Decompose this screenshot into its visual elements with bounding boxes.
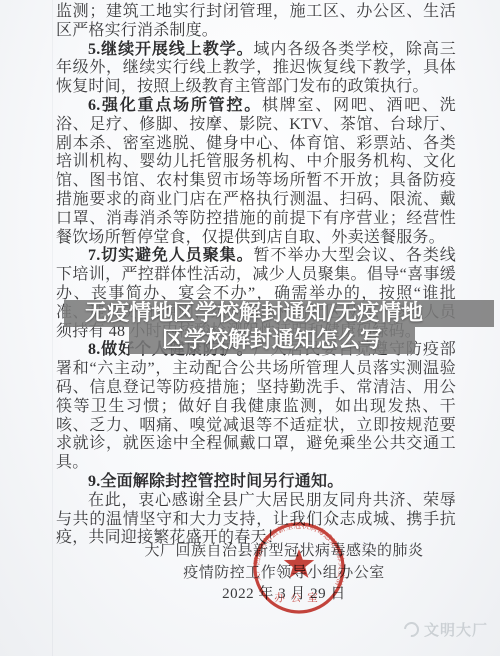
paragraph-item-6: 6.强化重点场所管控。棋牌室、网吧、酒吧、洗浴、足疗、修脚、按摩、影院、KTV、… <box>56 97 456 247</box>
watermark: 文明大厂 <box>404 619 488 640</box>
paragraph-text: 监测；建筑工地实行封闭管理，施工区、办公区、生活区严格实行消杀制度。 <box>56 3 456 39</box>
seal-star-icon <box>284 549 314 578</box>
paragraph-text: 棋牌室、网吧、酒吧、洗浴、足疗、修脚、按摩、影院、KTV、茶馆、台球厅、剧本杀、… <box>56 97 456 246</box>
paragraph-item-5: 5.继续开展线上教学。域内各级各类学校，除高三年级外，继续实行线上教学，推迟恢复… <box>56 41 456 97</box>
paragraph-text: 广大居民要自觉遵守防疫部署和“六主动”，主动配合公共场所管理人员落实测温验码、信… <box>56 341 456 471</box>
official-seal-stamp: 大厂回族自治县新型冠状病毒感染的肺炎疫情防控工作领导小组 办公室 <box>237 506 361 630</box>
watermark-text: 文明大厂 <box>424 619 488 640</box>
paragraph-lead: 7.切实避免人员聚集。 <box>88 247 254 264</box>
subtitle-overlay: 无疫情地区学校解封通知/无疫情地 区学校解封通知怎么写 <box>0 300 500 356</box>
subtitle-line-2: 区学校解封通知怎么写 <box>129 327 415 354</box>
notice-body: 监测；建筑工地实行封闭管理，施工区、办公区、生活区严格实行消杀制度。 5.继续开… <box>56 3 456 548</box>
document-photo: 监测；建筑工地实行封闭管理，施工区、办公区、生活区严格实行消杀制度。 5.继续开… <box>0 0 500 656</box>
paragraph-item-9: 9.全面解除封控管控时间另行通知。 <box>56 473 456 492</box>
civilization-logo-icon <box>401 619 422 640</box>
seal-office-text: 办公室 <box>274 591 324 604</box>
paragraph-lead: 9.全面解除封控管控时间另行通知。 <box>88 473 343 490</box>
paragraph-lead: 5.继续开展线上教学。 <box>88 41 254 58</box>
subtitle-line-1: 无疫情地区学校解封通知/无疫情地 <box>64 300 494 327</box>
paragraph-continuation: 监测；建筑工地实行封闭管理，施工区、办公区、生活区严格实行消杀制度。 <box>56 3 456 41</box>
paragraph-item-8: 8.做好个人健康防护。广大居民要自觉遵守防疫部署和“六主动”，主动配合公共场所管… <box>56 341 456 473</box>
paragraph-lead: 6.强化重点场所管控。 <box>88 97 262 114</box>
